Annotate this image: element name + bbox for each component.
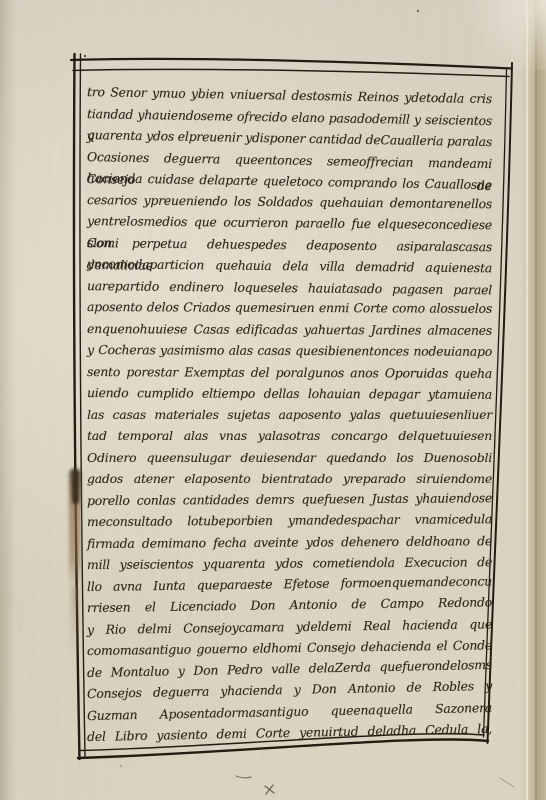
manuscript-line: sento porestar Exemptas del poralgunos a… — [87, 361, 492, 384]
manuscript-photo: tro Senor ymuo ybien vniuersal destosmis… — [0, 0, 546, 800]
ink-speck — [120, 765, 122, 767]
ink-scratch-mark — [500, 778, 514, 787]
manuscript-line: meconsultado lotubeporbien ymandedespach… — [87, 508, 492, 532]
ink-speck — [84, 55, 86, 57]
manuscript-text: tro Senor ymuo ybien vniuersal destosmis… — [87, 81, 492, 751]
manuscript-line: tad temporal alas vnas yalasotras concar… — [87, 425, 492, 447]
ink-speck — [417, 10, 419, 12]
manuscript-line: aposento delos Criados quemesiruen enmi … — [87, 296, 492, 319]
manuscript-line: las casas materiales sujetas aaposento y… — [87, 404, 492, 426]
left-rule-stain-faint — [71, 586, 80, 656]
ink-cross-mark — [265, 785, 274, 794]
manuscript-line: Odinero queensulugar deuiesendar quedand… — [87, 447, 492, 469]
manuscript-line: firmada demimano fecha aveinte ydos dehe… — [87, 530, 492, 554]
manuscript-line: y Cocheras yasimismo alas casas quesibie… — [87, 339, 492, 362]
manuscript-line: gados atener elaposento bientratado yrep… — [87, 468, 492, 490]
manuscript-line: enquenohuuiese Casas edificadas yahuerta… — [87, 318, 492, 341]
manuscript-line: uiendo cumplido eltiempo dellas lohauian… — [87, 382, 492, 405]
manuscript-line: porello conlas cantidades demrs quefuese… — [87, 487, 492, 511]
left-rule-stain-dark — [72, 470, 79, 504]
ink-dash-mark — [236, 776, 251, 778]
